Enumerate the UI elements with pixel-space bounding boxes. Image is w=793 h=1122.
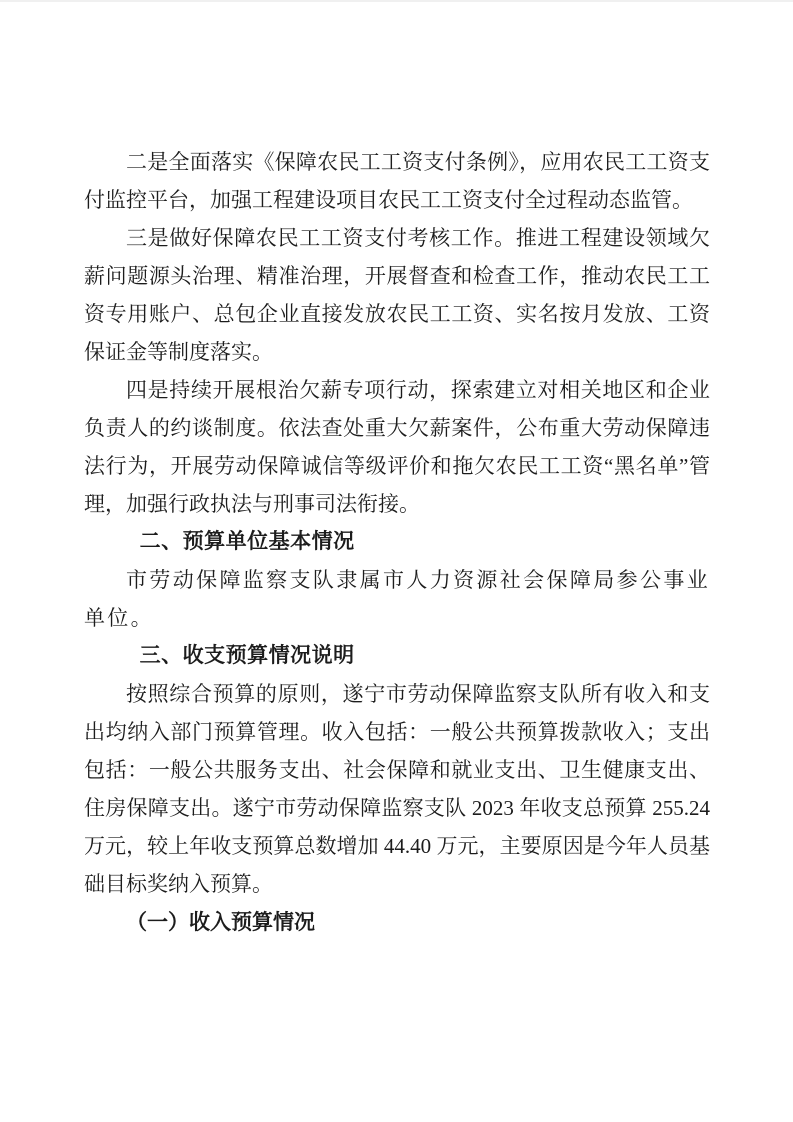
document-page: 二是全面落实《保障农民工工资支付条例》，应用农民工工资支付监控平台，加强工程建设…: [0, 0, 793, 1122]
body-paragraph: 四是持续开展根治欠薪专项行动，探索建立对相关地区和企业负责人的约谈制度。依法查处…: [84, 371, 710, 523]
section-heading: 三、收支预算情况说明: [84, 637, 710, 675]
subsection-heading: （一）收入预算情况: [84, 903, 710, 941]
body-paragraph: 三是做好保障农民工工资支付考核工作。推进工程建设领域欠薪问题源头治理、精准治理，…: [84, 219, 710, 371]
document-content: 二是全面落实《保障农民工工资支付条例》，应用农民工工资支付监控平台，加强工程建设…: [84, 143, 710, 941]
body-paragraph: 二是全面落实《保障农民工工资支付条例》，应用农民工工资支付监控平台，加强工程建设…: [84, 143, 710, 219]
body-paragraph: 市劳动保障监察支队隶属市人力资源社会保障局参公事业单位。: [84, 561, 710, 637]
section-heading: 二、预算单位基本情况: [84, 523, 710, 561]
body-paragraph: 按照综合预算的原则，遂宁市劳动保障监察支队所有收入和支出均纳入部门预算管理。收入…: [84, 675, 710, 903]
